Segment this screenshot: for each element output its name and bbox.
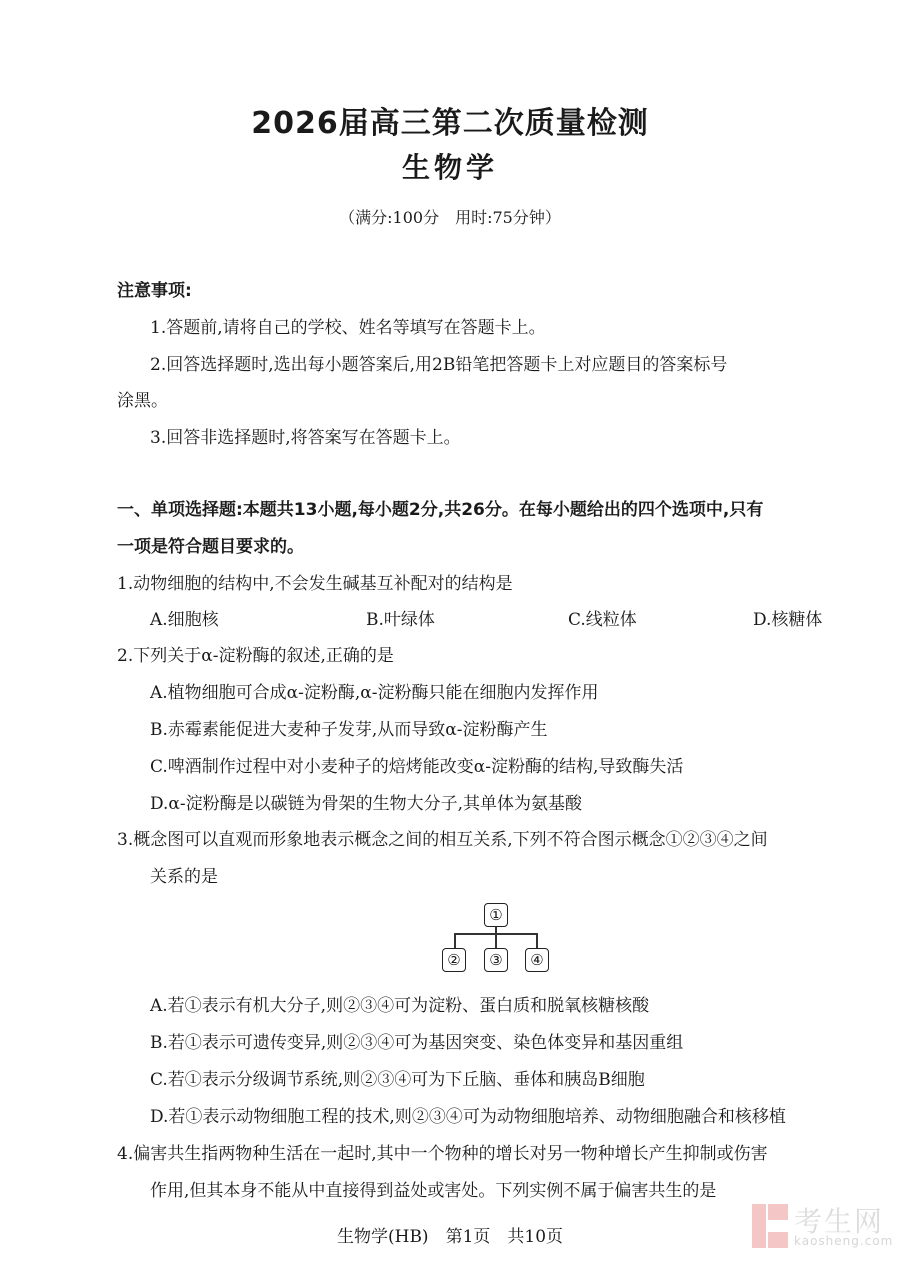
question-2-option-c: C.啤酒制作过程中对小麦种子的焙烤能改变α-淀粉酶的结构,导致酶失活	[150, 752, 683, 777]
question-4-stem-cont: 作用,但其本身不能从中直接得到益处或害处。下列实例不属于偏害共生的是	[150, 1176, 716, 1201]
diagram-node-4: ④	[525, 948, 549, 972]
watermark-icon-part	[768, 1204, 788, 1220]
diagram-connector	[536, 933, 538, 948]
watermark-icon	[752, 1204, 766, 1248]
concept-diagram: ① ② ③ ④	[438, 900, 558, 980]
question-1-option-d: D.核糖体	[753, 605, 822, 630]
question-2-option-d: D.α-淀粉酶是以碳链为骨架的生物大分子,其单体为氨基酸	[150, 789, 582, 814]
question-1-option-a: A.细胞核	[150, 605, 219, 630]
question-1-option-c: C.线粒体	[568, 605, 637, 630]
diagram-connector	[454, 933, 537, 935]
watermark-url: kaosheng.com	[794, 1234, 893, 1248]
question-3-option-a: A.若①表示有机大分子,则②③④可为淀粉、蛋白质和脱氧核糖核酸	[150, 991, 649, 1016]
question-2-option-b: B.赤霉素能促进大麦种子发芽,从而导致α-淀粉酶产生	[150, 715, 548, 740]
question-1-stem: 1.动物细胞的结构中,不会发生碱基互补配对的结构是	[117, 569, 513, 594]
notice-heading: 注意事项:	[117, 276, 192, 301]
section-instruction-cont: 一项是符合题目要求的。	[117, 532, 304, 557]
watermark-icon-part	[768, 1232, 788, 1248]
exam-title: 2026届高三第二次质量检测	[0, 98, 900, 142]
diagram-node-3: ③	[484, 948, 508, 972]
notice-item-2: 2.回答选择题时,选出每小题答案后,用2B铅笔把答题卡上对应题目的答案标号	[150, 350, 727, 375]
exam-info: （满分:100分 用时:75分钟）	[0, 205, 900, 228]
question-3-option-d: D.若①表示动物细胞工程的技术,则②③④可为动物细胞培养、动物细胞融合和核移植	[150, 1102, 786, 1127]
exam-page: 2026届高三第二次质量检测 生物学 （满分:100分 用时:75分钟） 注意事…	[0, 0, 900, 1274]
notice-item-1: 1.答题前,请将自己的学校、姓名等填写在答题卡上。	[150, 313, 546, 338]
question-3-stem-cont: 关系的是	[150, 862, 218, 887]
question-3-stem: 3.概念图可以直观而形象地表示概念之间的相互关系,下列不符合图示概念①②③④之间	[117, 825, 768, 850]
subject-title: 生物学	[0, 146, 900, 186]
question-4-stem: 4.偏害共生指两物种生活在一起时,其中一个物种的增长对另一物种增长产生抑制或伤害	[117, 1139, 768, 1164]
question-3-option-b: B.若①表示可遗传变异,则②③④可为基因突变、染色体变异和基因重组	[150, 1028, 683, 1053]
diagram-node-2: ②	[442, 948, 466, 972]
section-instruction: 一、单项选择题:本题共13小题,每小题2分,共26分。在每小题给出的四个选项中,…	[117, 495, 763, 520]
diagram-connector	[495, 927, 497, 948]
question-3-option-c: C.若①表示分级调节系统,则②③④可为下丘脑、垂体和胰岛B细胞	[150, 1065, 645, 1090]
diagram-connector	[454, 933, 456, 948]
watermark-logo: 考生网 kaosheng.com	[752, 1200, 892, 1255]
question-1-option-b: B.叶绿体	[366, 605, 435, 630]
question-2-option-a: A.植物细胞可合成α-淀粉酶,α-淀粉酶只能在细胞内发挥作用	[150, 678, 599, 703]
question-2-stem: 2.下列关于α-淀粉酶的叙述,正确的是	[117, 641, 394, 666]
diagram-node-1: ①	[484, 903, 508, 927]
notice-item-3: 3.回答非选择题时,将答案写在答题卡上。	[150, 423, 461, 448]
notice-item-2-cont: 涂黑。	[117, 386, 168, 411]
